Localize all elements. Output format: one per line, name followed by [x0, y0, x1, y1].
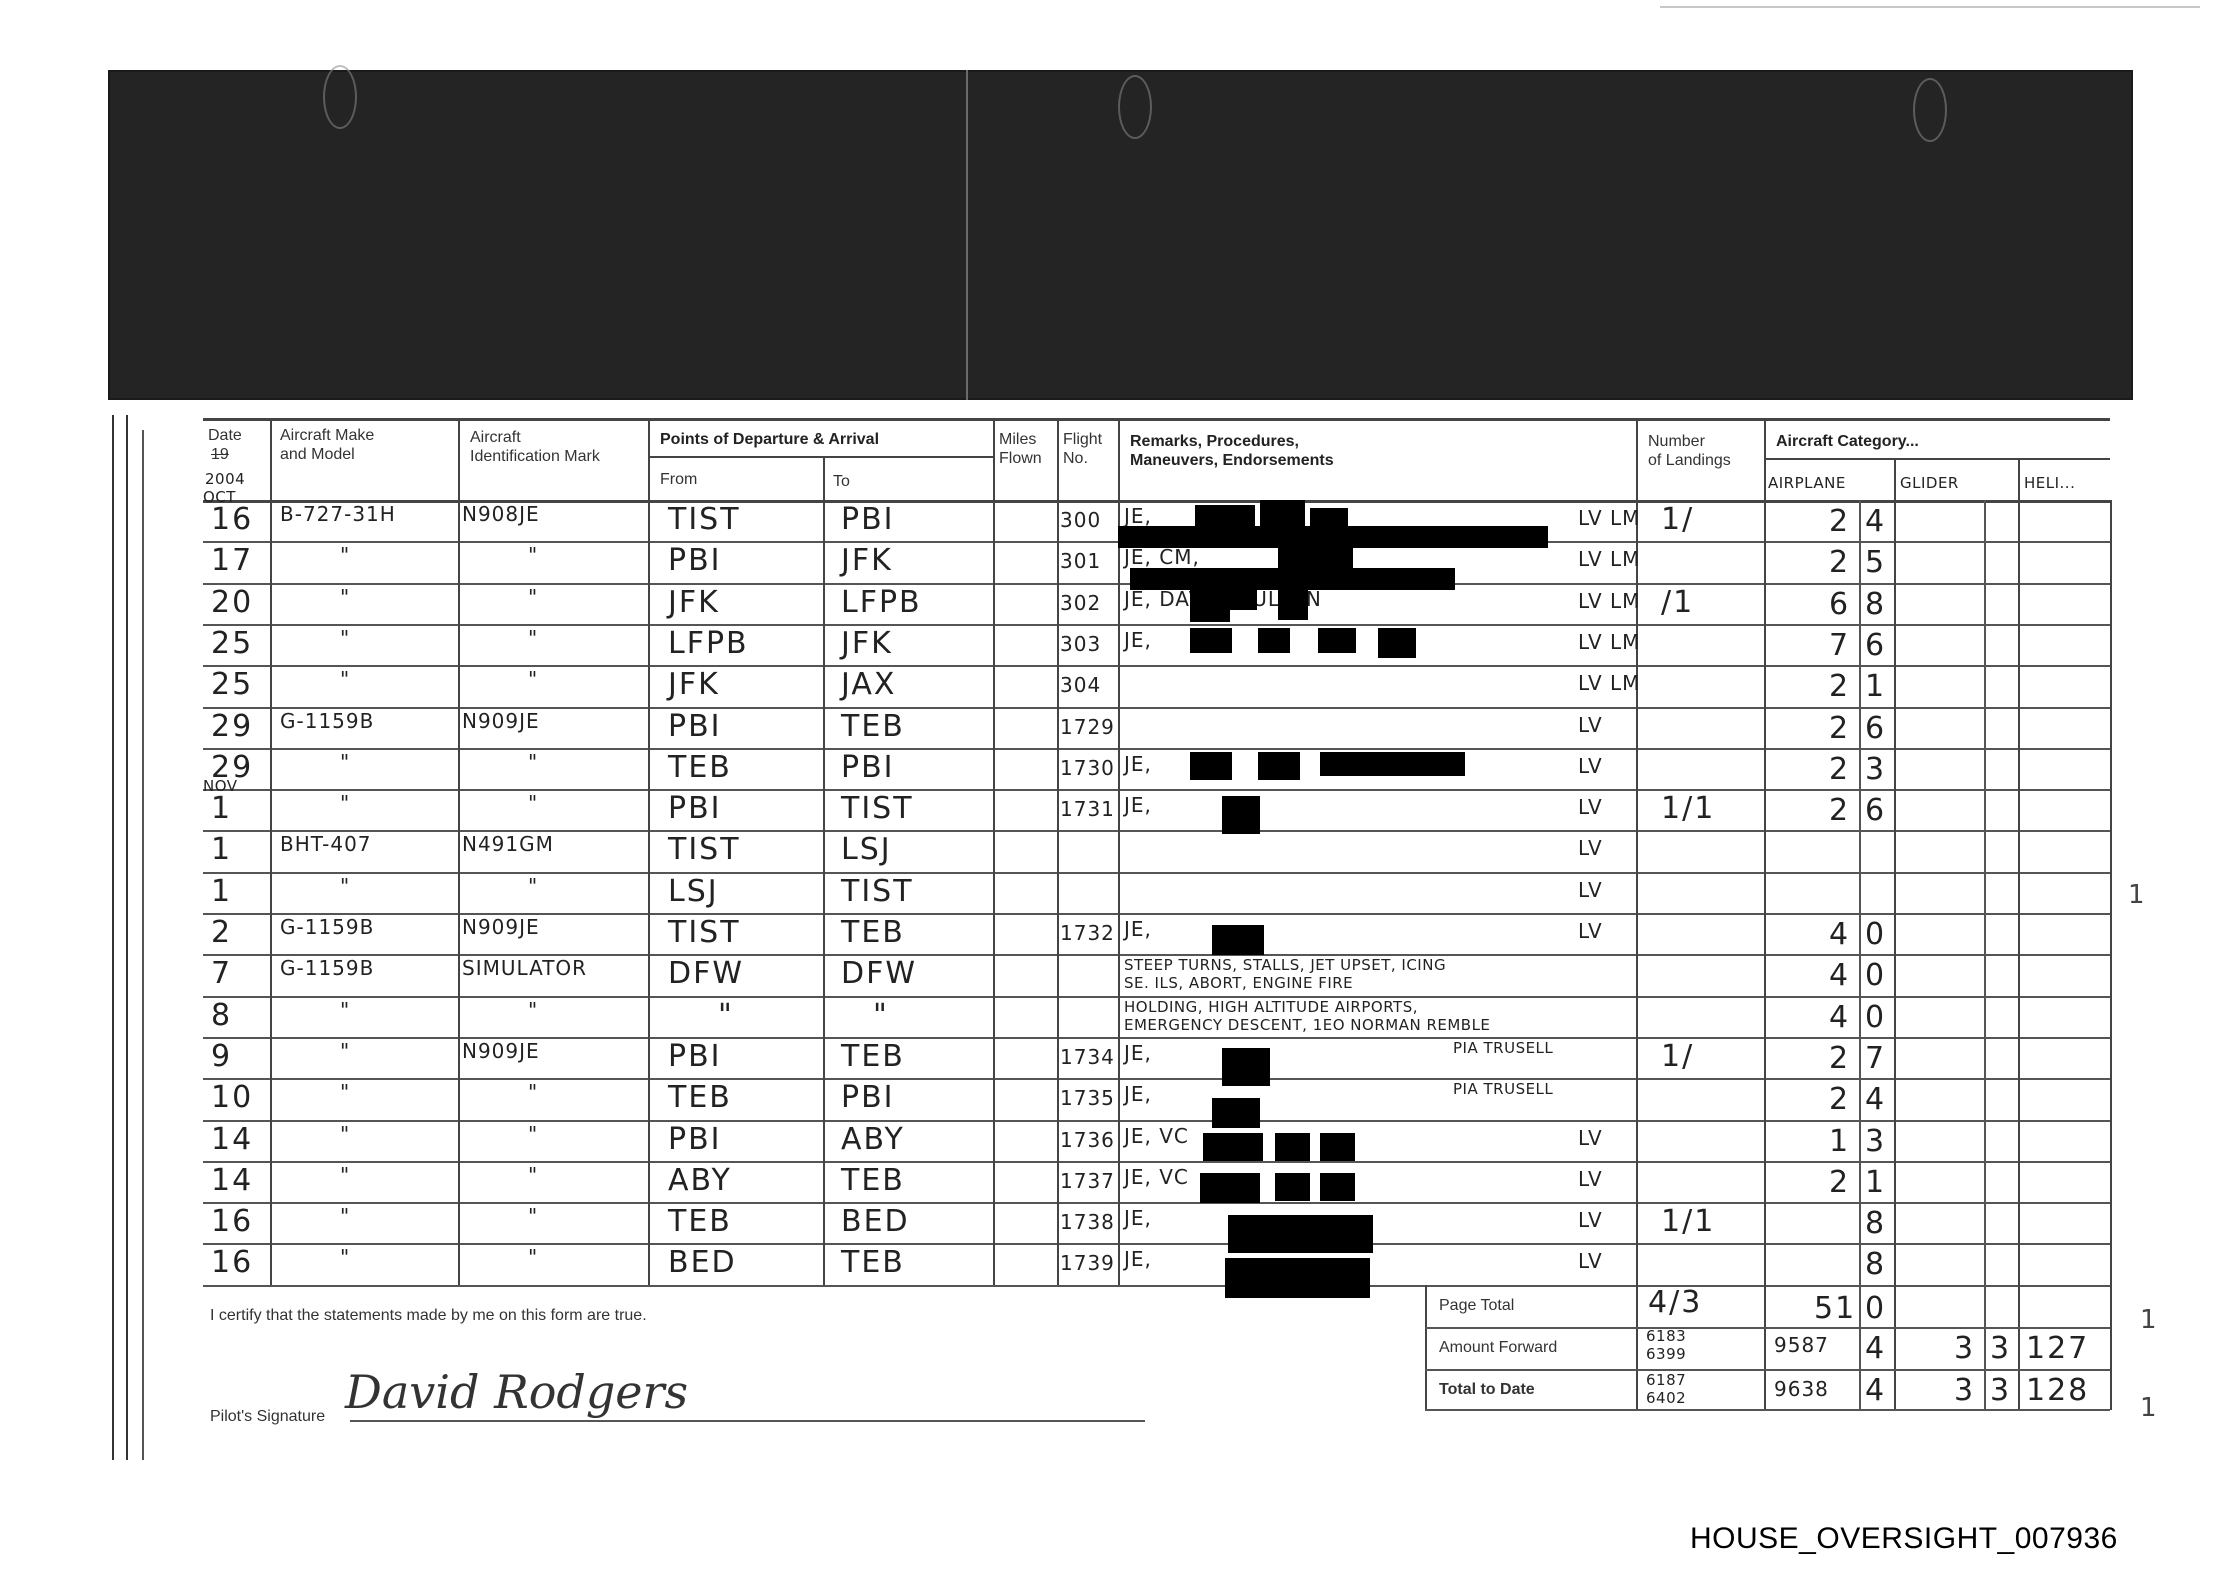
initials-cell: LV: [1578, 1208, 1603, 1232]
page-fold-line: [966, 70, 968, 400]
date-cell: 16: [211, 1245, 253, 1280]
table-row: 1""LSJTISTLV: [203, 872, 2110, 913]
header-date: Date: [208, 426, 242, 445]
initials-cell: LV: [1578, 919, 1603, 943]
redaction-box: [1190, 752, 1232, 780]
remarks-cell: JE,: [1124, 793, 1152, 817]
to-cell: ": [873, 998, 889, 1033]
airplane-tenths-cell: 7: [1865, 1041, 1886, 1076]
from-cell: LSJ: [668, 874, 719, 909]
table-row: 16""TEBBED1738JE,LV1/18: [203, 1202, 2110, 1243]
to-cell: DFW: [841, 956, 917, 991]
header-from: From: [660, 470, 697, 489]
header-make-model-2: and Model: [280, 445, 355, 464]
ident-cell: ": [528, 791, 538, 815]
header-flight-2: No.: [1063, 449, 1088, 468]
header-miles: Miles: [999, 430, 1036, 449]
remarks-cell: JE,: [1124, 628, 1152, 652]
page-total-airplane-tenths: 0: [1865, 1291, 1886, 1326]
table-top-rule: [203, 418, 2110, 421]
header-cat-heli: HELI...: [2024, 474, 2075, 492]
from-cell: TIST: [668, 502, 741, 537]
table-right-rule: [2110, 500, 2112, 1410]
total-glider-tenths: 3: [1990, 1373, 2011, 1408]
date-cell: 7: [211, 956, 232, 991]
ident-cell: N491GM: [462, 832, 554, 856]
redaction-box: [1278, 590, 1308, 620]
from-cell: PBI: [668, 1122, 722, 1157]
total-heli-hours: 128: [2026, 1373, 2089, 1408]
initials-cell: LV LM: [1578, 547, 1640, 571]
from-cell: PBI: [668, 709, 722, 744]
date-cell: 9: [211, 1039, 232, 1074]
date-cell: 25: [211, 626, 253, 661]
make-model-cell: G-1159B: [280, 709, 374, 733]
remarks-cell: JE,: [1124, 917, 1152, 941]
total-airplane-tenths: 4: [1865, 1373, 1886, 1408]
amount-forward-glider-tenths: 3: [1990, 1331, 2011, 1366]
date-cell: 16: [211, 502, 253, 537]
redaction-box: [1378, 628, 1416, 658]
airplane-hours-cell: 4: [1829, 958, 1850, 993]
margin-mark: 1: [2140, 1393, 2157, 1423]
redaction-box: [1320, 1173, 1355, 1201]
airplane-hours-cell: 2: [1829, 545, 1850, 580]
remarks-cell: JE,: [1124, 504, 1152, 528]
airplane-tenths-cell: 4: [1865, 504, 1886, 539]
date-cell: 8: [211, 998, 232, 1033]
flight-no-cell: 1736: [1060, 1128, 1115, 1152]
airplane-tenths-cell: 6: [1865, 793, 1886, 828]
ident-cell: ": [528, 543, 538, 567]
make-model-cell: ": [340, 1080, 350, 1104]
ident-cell: ": [528, 667, 538, 691]
airplane-tenths-cell: 8: [1865, 587, 1886, 622]
make-model-cell: ": [340, 1204, 350, 1228]
total-airplane-hours: 9638: [1774, 1377, 1829, 1401]
header-points: Points of Departure & Arrival: [660, 430, 879, 449]
table-row: 9"N909JEPBITEB1734JE,PIA TRUSELL1/27: [203, 1037, 2110, 1078]
from-cell: PBI: [668, 791, 722, 826]
remarks-cell: JE, VC: [1124, 1165, 1189, 1189]
airplane-tenths-cell: 6: [1865, 628, 1886, 663]
table-row: 25""LFPBJFK303JE,LV LM76: [203, 624, 2110, 665]
airplane-tenths-cell: 8: [1865, 1206, 1886, 1241]
punch-hole-icon: [1913, 78, 1947, 142]
redaction-box: [1203, 1133, 1263, 1161]
from-cell: PBI: [668, 1039, 722, 1074]
redaction-box: [1212, 925, 1264, 955]
flight-no-cell: 1739: [1060, 1251, 1115, 1275]
from-cell: BED: [668, 1245, 737, 1280]
from-cell: ": [718, 998, 734, 1033]
table-row: 2G-1159BN909JETISTTEB1732JE,LV40: [203, 913, 2110, 954]
initials-cell: LV: [1578, 1249, 1603, 1273]
header-date-printed-year: 19: [211, 445, 229, 464]
flight-no-cell: 301: [1060, 549, 1101, 573]
header-remarks: Remarks, Procedures,: [1130, 432, 1299, 451]
airplane-hours-cell: 2: [1829, 793, 1850, 828]
from-cell: DFW: [668, 956, 744, 991]
remarks-note: PIA TRUSELL: [1453, 1080, 1553, 1098]
initials-cell: LV LM: [1578, 630, 1640, 654]
flight-no-cell: 1729: [1060, 715, 1115, 739]
make-model-cell: ": [340, 1163, 350, 1187]
table-row: 29G-1159BN909JEPBITEB1729LV26: [203, 707, 2110, 748]
make-model-cell: ": [340, 1122, 350, 1146]
category-subrule: [1764, 458, 2110, 460]
airplane-hours-cell: 7: [1829, 628, 1850, 663]
date-cell: 25: [211, 667, 253, 702]
initials-cell: LV: [1578, 713, 1603, 737]
redaction-block: [108, 70, 2133, 400]
totals-rule: [1425, 1369, 2110, 1371]
total-landings-day: 6187: [1646, 1371, 1686, 1389]
from-cell: ABY: [668, 1163, 732, 1198]
remarks-cell: JE, CM,: [1124, 545, 1200, 569]
ident-cell: ": [528, 1080, 538, 1104]
amount-forward-airplane-tenths: 4: [1865, 1331, 1886, 1366]
initials-cell: LV: [1578, 1126, 1603, 1150]
totals-box-rule: [1764, 1285, 1766, 1410]
ident-cell: ": [528, 750, 538, 774]
make-model-cell: B-727-31H: [280, 502, 396, 526]
header-landings: Number: [1648, 432, 1705, 451]
to-cell: TEB: [841, 1039, 905, 1074]
flight-no-cell: 302: [1060, 591, 1101, 615]
amount-forward-glider-hours: 3: [1954, 1331, 1975, 1366]
redaction-box: [1200, 1173, 1260, 1203]
remarks-cell: STEEP TURNS, STALLS, JET UPSET, ICING: [1124, 956, 1446, 974]
make-model-cell: ": [340, 1039, 350, 1063]
airplane-tenths-cell: 1: [1865, 669, 1886, 704]
initials-cell: LV LM: [1578, 671, 1640, 695]
make-model-cell: BHT-407: [280, 832, 372, 856]
flight-no-cell: 1730: [1060, 756, 1115, 780]
date-cell: 14: [211, 1122, 253, 1157]
to-cell: TEB: [841, 1163, 905, 1198]
totals-box-rule: [2018, 1285, 2020, 1410]
redaction-box: [1222, 796, 1260, 834]
landings-cell: 1/: [1661, 1039, 1694, 1074]
remarks-cell: JE,: [1124, 1041, 1152, 1065]
make-model-cell: G-1159B: [280, 915, 374, 939]
ident-cell: ": [528, 1204, 538, 1228]
airplane-hours-cell: 1: [1829, 1124, 1850, 1159]
remarks-cell: SE. ILS, ABORT, ENGINE FIRE: [1124, 974, 1353, 992]
date-cell: 2: [211, 915, 232, 950]
initials-cell: LV LM: [1578, 506, 1640, 530]
airplane-hours-cell: 2: [1829, 504, 1850, 539]
totals-box-rule: [1894, 1285, 1896, 1410]
airplane-hours-cell: 2: [1829, 1165, 1850, 1200]
table-row: 16""BEDTEB1739JE,LV8: [203, 1243, 2110, 1284]
make-model-cell: ": [340, 1245, 350, 1269]
redaction-box: [1318, 628, 1356, 653]
binding-line: [126, 415, 128, 1460]
remarks-cell: EMERGENCY DESCENT, 1EO NORMAN REMBLE: [1124, 1016, 1490, 1034]
redaction-box: [1190, 628, 1232, 653]
date-cell: 1: [211, 874, 232, 909]
flight-no-cell: 1731: [1060, 797, 1115, 821]
airplane-tenths-cell: 0: [1865, 1000, 1886, 1035]
to-cell: TEB: [841, 915, 905, 950]
pilot-signature: David Rodgers: [345, 1365, 688, 1419]
page-total-landings: 4/3: [1648, 1285, 1702, 1320]
ident-cell: ": [528, 1245, 538, 1269]
airplane-tenths-cell: 1: [1865, 1165, 1886, 1200]
airplane-hours-cell: 2: [1829, 711, 1850, 746]
remarks-cell: JE, VC: [1124, 1124, 1189, 1148]
table-row: 14""ABYTEB1737JE, VCLV21: [203, 1161, 2110, 1202]
to-cell: LSJ: [841, 832, 892, 867]
from-cell: TEB: [668, 1204, 732, 1239]
remarks-cell: HOLDING, HIGH ALTITUDE AIRPORTS,: [1124, 998, 1418, 1016]
initials-cell: LV: [1578, 754, 1603, 778]
certification-text: I certify that the statements made by me…: [210, 1307, 647, 1325]
date-cell: 1: [211, 791, 232, 826]
header-cat-airplane: AIRPLANE: [1768, 474, 1846, 492]
airplane-tenths-cell: 6: [1865, 711, 1886, 746]
total-glider-hours: 3: [1954, 1373, 1975, 1408]
initials-cell: LV: [1578, 836, 1603, 860]
remarks-cell: JE,: [1124, 1206, 1152, 1230]
to-cell: JFK: [841, 543, 893, 578]
airplane-hours-cell: 2: [1829, 752, 1850, 787]
from-cell: TIST: [668, 832, 741, 867]
airplane-tenths-cell: 4: [1865, 1082, 1886, 1117]
to-cell: TEB: [841, 1245, 905, 1280]
punch-hole-icon: [323, 65, 357, 129]
from-cell: LFPB: [668, 626, 749, 661]
header-remarks-2: Maneuvers, Endorsements: [1130, 451, 1334, 470]
flight-no-cell: 300: [1060, 508, 1101, 532]
make-model-cell: ": [340, 791, 350, 815]
header-category: Aircraft Category...: [1776, 432, 1919, 451]
amount-forward-landings-day: 6183: [1646, 1327, 1686, 1345]
logbook-table: Date192004Aircraft Makeand ModelAircraft…: [203, 418, 2111, 1298]
page-total-airplane-hours: 51: [1814, 1291, 1856, 1326]
redaction-box: [1320, 1133, 1355, 1161]
date-cell: 14: [211, 1163, 253, 1198]
header-date-written-year: 2004: [205, 470, 245, 488]
ident-cell: SIMULATOR: [462, 956, 587, 980]
from-cell: JFK: [668, 667, 720, 702]
to-cell: TIST: [841, 874, 914, 909]
initials-cell: LV LM: [1578, 589, 1640, 613]
redaction-box: [1320, 752, 1465, 776]
airplane-hours-cell: 2: [1829, 1082, 1850, 1117]
make-model-cell: ": [340, 585, 350, 609]
from-cell: TEB: [668, 1080, 732, 1115]
redaction-box: [1275, 1173, 1310, 1201]
totals-box-rule: [1425, 1285, 1427, 1410]
page-total-label: Page Total: [1439, 1297, 1514, 1315]
header-flight: Flight: [1063, 430, 1102, 449]
initials-cell: LV: [1578, 878, 1603, 902]
amount-forward-landings-night: 6399: [1646, 1345, 1686, 1363]
to-cell: PBI: [841, 502, 895, 537]
airplane-hours-cell: 6: [1829, 587, 1850, 622]
initials-cell: LV: [1578, 1167, 1603, 1191]
airplane-hours-cell: 4: [1829, 917, 1850, 952]
table-row: OCT16B-727-31HN908JETISTPBI300JE,LV LM1/…: [203, 500, 2110, 541]
remarks-note: PIA TRUSELL: [1453, 1039, 1553, 1057]
flight-no-cell: 1735: [1060, 1086, 1115, 1110]
punch-hole-icon: [1118, 75, 1152, 139]
binding-line: [112, 415, 114, 1460]
table-row: 29""TEBPBI1730JE,LV23: [203, 748, 2110, 789]
total-to-date-label: Total to Date: [1439, 1381, 1535, 1399]
redaction-box: [1222, 590, 1257, 610]
flight-no-cell: 1737: [1060, 1169, 1115, 1193]
initials-cell: LV: [1578, 795, 1603, 819]
make-model-cell: ": [340, 750, 350, 774]
totals-box-rule: [1636, 1285, 1638, 1410]
margin-mark: 1: [2128, 880, 2145, 910]
from-cell: TIST: [668, 915, 741, 950]
row-rule: [203, 1285, 2110, 1287]
airplane-hours-cell: 2: [1829, 669, 1850, 704]
ident-cell: N909JE: [462, 709, 540, 733]
from-cell: JFK: [668, 585, 720, 620]
redaction-box: [1275, 1133, 1310, 1161]
flight-no-cell: 304: [1060, 673, 1101, 697]
ident-cell: N909JE: [462, 915, 540, 939]
to-cell: JAX: [841, 667, 896, 702]
totals-rule: [1425, 1327, 2110, 1329]
airplane-tenths-cell: 3: [1865, 752, 1886, 787]
amount-forward-airplane-hours: 9587: [1774, 1333, 1829, 1357]
date-cell: 20: [211, 585, 253, 620]
amount-forward-heli-hours: 127: [2026, 1331, 2089, 1366]
redaction-box: [1225, 1258, 1370, 1298]
ident-cell: N909JE: [462, 1039, 540, 1063]
header-to: To: [833, 472, 850, 491]
table-row: NOV1""PBITIST1731JE,LV1/126: [203, 789, 2110, 830]
to-cell: PBI: [841, 750, 895, 785]
airplane-tenths-cell: 3: [1865, 1124, 1886, 1159]
make-model-cell: ": [340, 543, 350, 567]
to-cell: JFK: [841, 626, 893, 661]
signature-line: [350, 1420, 1145, 1422]
ident-cell: ": [528, 874, 538, 898]
to-cell: ABY: [841, 1122, 905, 1157]
ident-cell: ": [528, 626, 538, 650]
to-cell: TEB: [841, 709, 905, 744]
to-cell: TIST: [841, 791, 914, 826]
binding-line: [142, 430, 144, 1460]
table-row: 1BHT-407N491GMTISTLSJLV: [203, 830, 2110, 871]
airplane-tenths-cell: 0: [1865, 958, 1886, 993]
remarks-cell: JE,: [1124, 752, 1152, 776]
ident-cell: N908JE: [462, 502, 540, 526]
remarks-cell: JE,: [1124, 1082, 1152, 1106]
table-row: 8""""HOLDING, HIGH ALTITUDE AIRPORTS,EME…: [203, 996, 2110, 1037]
amount-forward-label: Amount Forward: [1439, 1339, 1557, 1357]
date-cell: 29: [211, 709, 253, 744]
date-cell: 16: [211, 1204, 253, 1239]
redaction-box: [1258, 628, 1290, 653]
date-cell: 10: [211, 1080, 253, 1115]
flight-no-cell: 1734: [1060, 1045, 1115, 1069]
bates-number: HOUSE_OVERSIGHT_007936: [1690, 1522, 2118, 1556]
to-cell: LFPB: [841, 585, 922, 620]
header-make-model: Aircraft Make: [280, 426, 374, 445]
landings-cell: 1/: [1661, 502, 1694, 537]
flight-no-cell: 1738: [1060, 1210, 1115, 1234]
signature-label: Pilot's Signature: [210, 1408, 325, 1426]
header-ident-2: Identification Mark: [470, 447, 600, 466]
total-landings-night: 6402: [1646, 1389, 1686, 1407]
airplane-tenths-cell: 8: [1865, 1247, 1886, 1282]
flight-no-cell: 303: [1060, 632, 1101, 656]
totals-rule: [1425, 1409, 2110, 1411]
header-landings-2: of Landings: [1648, 451, 1731, 470]
points-subrule: [648, 456, 993, 458]
table-row: 25""JFKJAX304LV LM21: [203, 665, 2110, 706]
table-row: 20""JFKLFPB302JE, DAVID MULLENLV LM/168: [203, 583, 2110, 624]
scan-edge-line: [1660, 6, 2200, 8]
table-row: 7G-1159BSIMULATORDFWDFWSTEEP TURNS, STAL…: [203, 954, 2110, 995]
airplane-hours-cell: 2: [1829, 1041, 1850, 1076]
make-model-cell: ": [340, 998, 350, 1022]
table-row: 17""PBIJFK301JE, CM,LV LM25: [203, 541, 2110, 582]
table-row: 10""TEBPBI1735JE,PIA TRUSELL24: [203, 1078, 2110, 1119]
make-model-cell: ": [340, 874, 350, 898]
ident-cell: ": [528, 1163, 538, 1187]
make-model-cell: G-1159B: [280, 956, 374, 980]
from-cell: TEB: [668, 750, 732, 785]
from-cell: PBI: [668, 543, 722, 578]
ident-cell: ": [528, 585, 538, 609]
header-miles-2: Flown: [999, 449, 1042, 468]
redaction-box: [1258, 752, 1300, 780]
date-cell: 17: [211, 543, 253, 578]
landings-cell: 1/1: [1661, 791, 1715, 826]
to-cell: PBI: [841, 1080, 895, 1115]
date-cell: 1: [211, 832, 232, 867]
remarks-cell: JE,: [1124, 1247, 1152, 1271]
header-ident: Aircraft: [470, 428, 521, 447]
header-cat-glider: GLIDER: [1900, 474, 1959, 492]
margin-mark: 1: [2140, 1305, 2157, 1335]
make-model-cell: ": [340, 626, 350, 650]
make-model-cell: ": [340, 667, 350, 691]
to-cell: BED: [841, 1204, 910, 1239]
landings-cell: /1: [1661, 585, 1694, 620]
flight-no-cell: 1732: [1060, 921, 1115, 945]
airplane-hours-cell: 4: [1829, 1000, 1850, 1035]
table-row: 14""PBIABY1736JE, VCLV13: [203, 1120, 2110, 1161]
airplane-tenths-cell: 5: [1865, 545, 1886, 580]
airplane-tenths-cell: 0: [1865, 917, 1886, 952]
ident-cell: ": [528, 998, 538, 1022]
landings-cell: 1/1: [1661, 1204, 1715, 1239]
ident-cell: ": [528, 1122, 538, 1146]
